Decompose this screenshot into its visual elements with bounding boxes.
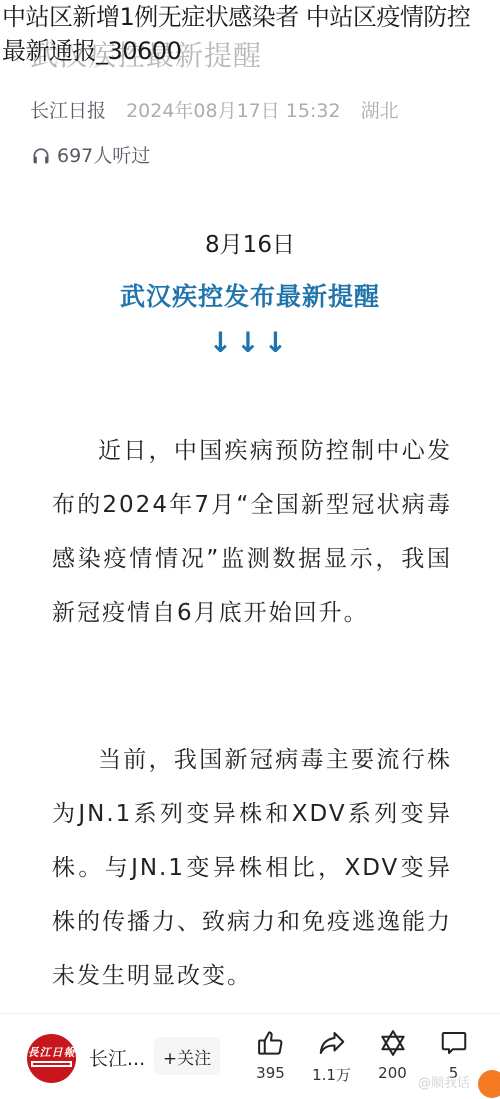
article-meta: 长江日报 2024年08月17日 15:32 湖北 (30, 96, 399, 123)
corner-badge (478, 1070, 500, 1098)
share-button[interactable]: 1.1万 (301, 1028, 362, 1085)
comment-bubble-icon (439, 1028, 469, 1058)
avatar-logo-text: 長江日報 (27, 1044, 76, 1060)
share-arrow-icon (317, 1028, 347, 1058)
intro-headline: 武汉疾控发布最新提醒 (0, 277, 500, 313)
listen-count-label: 697人听过 (57, 141, 150, 168)
title-line-1: 中站区新增1例无症状感染者 中站区疫情防控 (2, 3, 470, 31)
thumbs-up-icon (256, 1028, 286, 1058)
share-count: 1.1万 (312, 1064, 351, 1085)
intro-date: 8月16日 (0, 226, 500, 259)
headphones-icon (31, 145, 51, 165)
listen-count[interactable]: 697人听过 (31, 141, 150, 168)
recommend-button[interactable]: 200 (362, 1028, 423, 1085)
title-line-2: 最新通报_30600 (2, 34, 500, 68)
recommend-count: 200 (378, 1064, 407, 1082)
source-name[interactable]: 长江日报 (30, 100, 106, 122)
like-button[interactable]: 395 (240, 1028, 301, 1085)
paragraph-text: 近日，中国疾病预防控制中心发布的2024年7月“全国新型冠状病毒感染疫情情况”监… (52, 424, 452, 640)
author-name[interactable]: 长江... (89, 1044, 145, 1071)
author-avatar[interactable]: 長江日報 (27, 1034, 76, 1083)
hexagram-icon (378, 1028, 408, 1058)
paragraph-text: 当前，我国新冠病毒主要流行株为JN.1系列变异株和XDV系列变异株。与JN.1变… (52, 733, 452, 1003)
publish-region: 湖北 (361, 100, 399, 122)
article-paragraph-1: 近日，中国疾病预防控制中心发布的2024年7月“全国新型冠状病毒感染疫情情况”监… (52, 424, 452, 640)
like-count: 395 (256, 1064, 285, 1082)
page-title-overlay: 中站区新增1例无症状感染者 中站区疫情防控 最新通报_30600 (0, 0, 500, 68)
down-arrows: ↓↓↓ (0, 326, 500, 359)
watermark-text: @顺我话 (418, 1072, 470, 1091)
follow-button[interactable]: +关注 (154, 1037, 220, 1075)
publish-datetime: 2024年08月17日 15:32 (126, 100, 341, 122)
article-paragraph-2: 当前，我国新冠病毒主要流行株为JN.1系列变异株和XDV系列变异株。与JN.1变… (52, 733, 452, 1003)
avatar-logo-band (31, 1061, 72, 1067)
